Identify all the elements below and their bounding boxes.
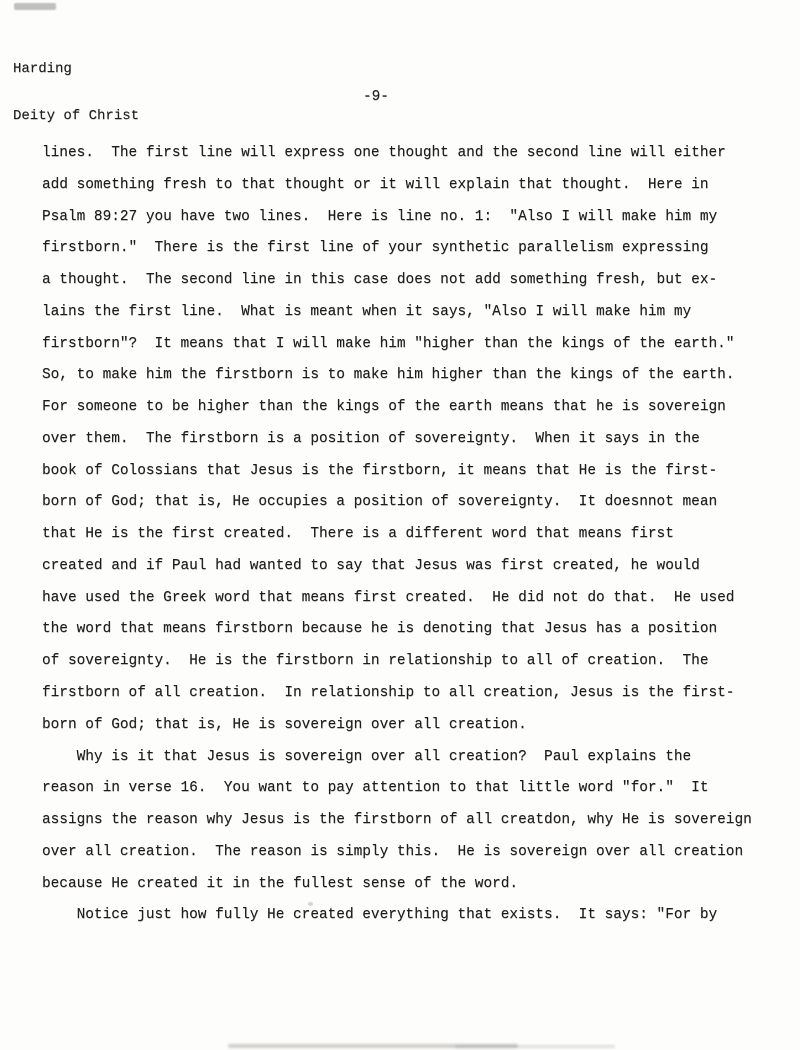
text-line: the word that means firstborn because he… <box>42 614 792 646</box>
text-line: born of God; that is, He is sovereign ov… <box>42 710 792 742</box>
text-line: reason in verse 16. You want to pay atte… <box>42 773 792 805</box>
text-line: born of God; that is, He occupies a posi… <box>42 487 792 519</box>
scan-artifact-top-left <box>14 3 56 10</box>
text-line: over all creation. The reason is simply … <box>42 837 792 869</box>
body-text: lines. The first line will express one t… <box>42 138 792 932</box>
text-line: firstborn of all creation. In relationsh… <box>42 678 792 710</box>
text-line: add something fresh to that thought or i… <box>42 170 792 202</box>
header-author: Harding <box>13 62 139 78</box>
text-line: because He created it in the fullest sen… <box>42 869 792 901</box>
text-line: lains the first line. What is meant when… <box>42 297 792 329</box>
document-page: Harding Deity of Christ -9- lines. The f… <box>0 0 800 1050</box>
page-number: -9- <box>0 89 752 105</box>
scan-artifact-bottom-smudge <box>455 1045 615 1048</box>
text-line: Notice just how fully He created everyth… <box>42 900 792 932</box>
text-line: For someone to be higher than the kings … <box>42 392 792 424</box>
text-line: that He is the first created. There is a… <box>42 519 792 551</box>
text-line: So, to make him the firstborn is to make… <box>42 360 792 392</box>
text-line: lines. The first line will express one t… <box>42 138 792 170</box>
scan-artifact-speck <box>308 902 313 906</box>
text-line: of sovereignty. He is the firstborn in r… <box>42 646 792 678</box>
text-line: have used the Greek word that means firs… <box>42 583 792 615</box>
text-line: book of Colossians that Jesus is the fir… <box>42 456 792 488</box>
text-line: Psalm 89:27 you have two lines. Here is … <box>42 202 792 234</box>
text-line: over them. The firstborn is a position o… <box>42 424 792 456</box>
header-title: Deity of Christ <box>13 109 139 125</box>
text-line: assigns the reason why Jesus is the firs… <box>42 805 792 837</box>
text-line: created and if Paul had wanted to say th… <box>42 551 792 583</box>
text-line: firstborn." There is the first line of y… <box>42 233 792 265</box>
text-line: Why is it that Jesus is sovereign over a… <box>42 742 792 774</box>
text-line: a thought. The second line in this case … <box>42 265 792 297</box>
text-line: firstborn"? It means that I will make hi… <box>42 329 792 361</box>
